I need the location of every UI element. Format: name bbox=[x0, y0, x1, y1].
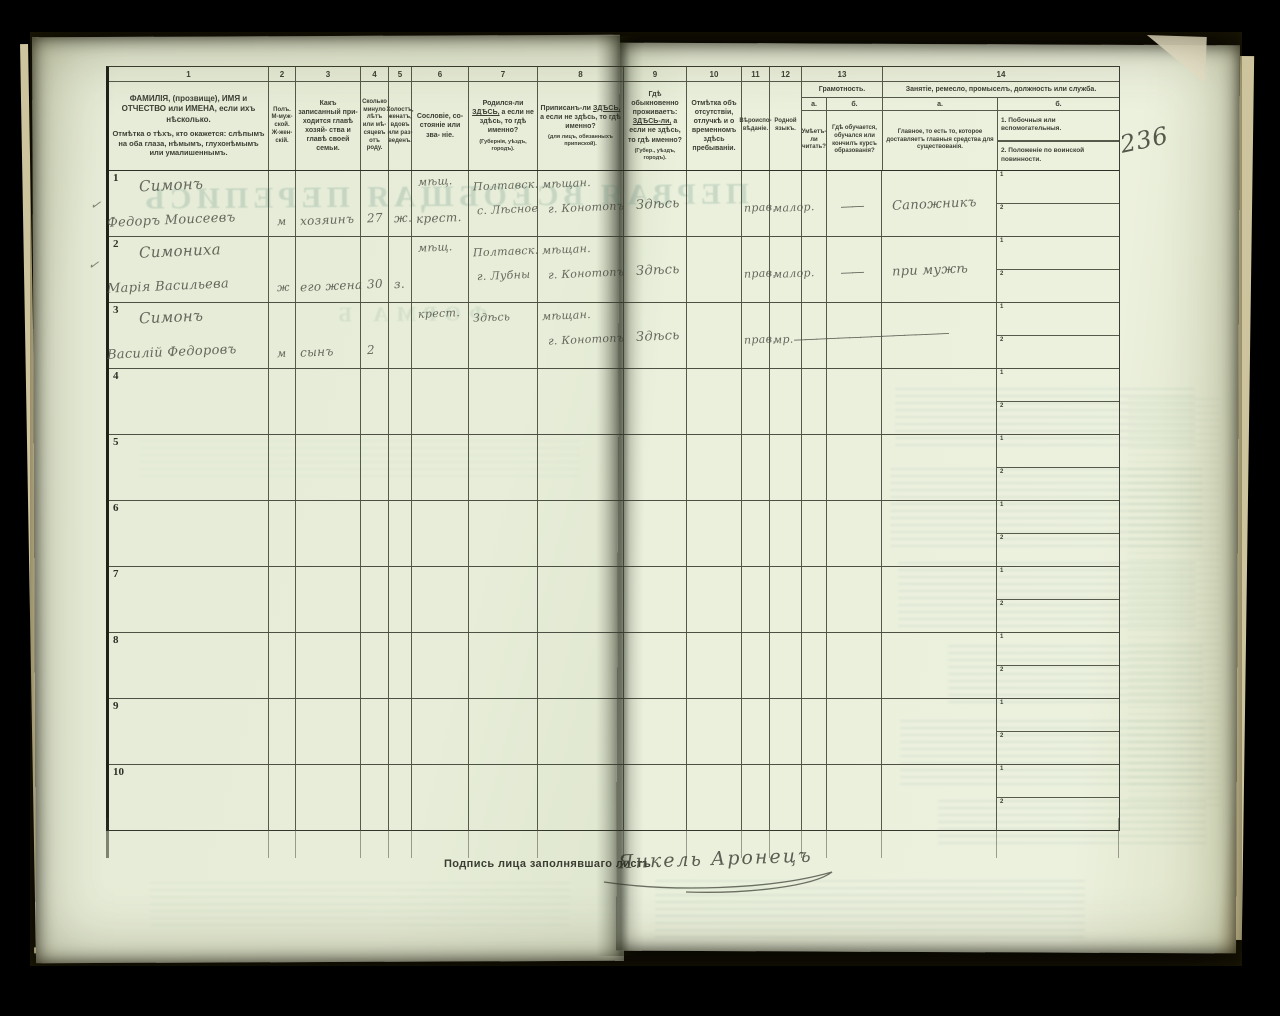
cell-estate bbox=[412, 501, 469, 566]
sub-row-number: 1 bbox=[1000, 436, 1003, 442]
hw-registration-1: мѣщан. bbox=[542, 242, 591, 257]
cell-estate: крест. bbox=[412, 303, 469, 368]
cell-residence bbox=[624, 435, 687, 500]
col-number: 12 bbox=[770, 67, 802, 81]
cell-registration bbox=[538, 369, 624, 434]
col-number: 6 bbox=[412, 67, 469, 81]
cell-religion: прав. bbox=[742, 237, 770, 302]
cell-residence bbox=[624, 633, 687, 698]
header-birthplace-column: Родился-ли ЗДѢСЬ, а если не здѣсь, то гд… bbox=[469, 82, 538, 170]
row-number: 8 bbox=[113, 634, 119, 646]
cell-registration: мѣщан. г. Конотопъ bbox=[538, 303, 624, 368]
hw-given-name: Федоръ Моисеевъ bbox=[107, 210, 236, 231]
cell-language bbox=[770, 501, 802, 566]
occupation-group-title: Занятіе, ремесло, промыселъ, должность и… bbox=[883, 82, 1119, 98]
hw-estate-1: мѣщ. bbox=[418, 240, 453, 254]
table-row: 6 bbox=[109, 501, 1119, 567]
sub-row-number: 2 bbox=[1000, 667, 1003, 673]
cell-residence bbox=[624, 567, 687, 632]
sub-row-number: 1 bbox=[1000, 766, 1003, 772]
sub-row-number: 2 bbox=[1000, 271, 1003, 277]
cell-name: 4 bbox=[109, 369, 269, 434]
col-number: 4 bbox=[361, 67, 389, 81]
header-religion-column: Вѣроиспо- вѣданіе. bbox=[742, 82, 770, 170]
cell-registration bbox=[538, 501, 624, 566]
side-occupation-sub-2: 2 bbox=[997, 270, 1119, 302]
cell-birthplace: Здѣсь bbox=[469, 303, 538, 368]
row-number: 2 bbox=[113, 238, 119, 250]
sub-row-number: 1 bbox=[1000, 568, 1003, 574]
col-number: 9 bbox=[624, 67, 687, 81]
hw-registration-1: мѣщан. bbox=[542, 308, 591, 323]
cell-side-occupation: 1 2 bbox=[997, 501, 1119, 566]
cell-residence bbox=[624, 369, 687, 434]
cell-relation: его жена bbox=[296, 237, 361, 302]
cell-language bbox=[770, 369, 802, 434]
cell-relation bbox=[296, 501, 361, 566]
cell-language: малор. bbox=[770, 237, 802, 302]
cell-main-occupation bbox=[882, 633, 997, 698]
hw-surname: Симонъ bbox=[139, 175, 204, 196]
row-number: 10 bbox=[113, 766, 124, 778]
hw-given-name: Марія Васильева bbox=[107, 276, 230, 296]
hw-residence: Здѣсь bbox=[636, 262, 680, 279]
row-number: 9 bbox=[113, 700, 119, 712]
cell-sex: м bbox=[269, 171, 296, 236]
cell-birthplace: Полтавск. с. Лѣсное bbox=[469, 171, 538, 236]
hw-sex: м bbox=[277, 215, 287, 228]
cell-relation: сынъ bbox=[296, 303, 361, 368]
row-number: 7 bbox=[113, 568, 119, 580]
header-row: ФАМИЛІЯ, (прозвище), ИМЯ и ОТЧЕСТВО или … bbox=[109, 82, 1119, 171]
header-side-occupation-2: 2. Положеніе по воинской повинности. bbox=[998, 141, 1119, 171]
cell-age bbox=[361, 633, 389, 698]
cell-where-educated: ―― bbox=[827, 171, 882, 236]
cell-can-read bbox=[802, 369, 827, 434]
cell-absence bbox=[687, 303, 742, 368]
cell-can-read bbox=[802, 435, 827, 500]
table-row: 4 bbox=[109, 369, 1119, 435]
occupation-b-letter: б. bbox=[998, 98, 1119, 110]
cell-name: 1 Симонъ Федоръ Моисеевъ bbox=[109, 171, 269, 236]
table-row: 1 Симонъ Федоръ Моисеевъ м хозяинъ 27 ж.… bbox=[109, 171, 1119, 237]
hw-where-educated: ―― bbox=[841, 199, 864, 214]
hw-marital: з. bbox=[394, 277, 406, 291]
cell-estate: мѣщ. крест. bbox=[412, 171, 469, 236]
cell-side-occupation: 1 2 bbox=[997, 303, 1119, 368]
cell-sex bbox=[269, 633, 296, 698]
cell-birthplace bbox=[469, 633, 538, 698]
table-row: 7 bbox=[109, 567, 1119, 633]
header-literacy-group: Грамотность. а. б. Умѣетъ- ли читать? Гд… bbox=[802, 82, 883, 170]
row-number: 3 bbox=[113, 304, 119, 316]
cell-side-occupation: 1 2 bbox=[997, 237, 1119, 302]
cell-sex bbox=[269, 369, 296, 434]
cell-religion: прав. bbox=[742, 303, 770, 368]
side-occupation-sub-1: 1 bbox=[997, 633, 1119, 666]
cell-can-read bbox=[802, 237, 827, 302]
cell-age: 2 bbox=[361, 303, 389, 368]
cell-marital bbox=[389, 699, 412, 764]
cell-estate: мѣщ. bbox=[412, 237, 469, 302]
sub-row-number: 1 bbox=[1000, 370, 1003, 376]
cell-can-read bbox=[802, 633, 827, 698]
col-number: 13 bbox=[802, 67, 883, 81]
side-occupation-sub-1: 1 bbox=[997, 171, 1119, 204]
cell-language bbox=[770, 699, 802, 764]
hw-language: мр. bbox=[773, 333, 794, 347]
cell-residence: Здѣсь bbox=[624, 171, 687, 236]
margin-check-mark: ✓ bbox=[87, 257, 100, 273]
cell-language bbox=[770, 435, 802, 500]
col-number: 7 bbox=[469, 67, 538, 81]
cell-estate bbox=[412, 699, 469, 764]
sub-row-number: 2 bbox=[1000, 337, 1003, 343]
cell-name: 2 Симониха Марія Васильева bbox=[109, 237, 269, 302]
cell-estate bbox=[412, 435, 469, 500]
header-main-occupation: Главное, то есть то, которое доставляетъ… bbox=[883, 111, 998, 170]
side-occupation-sub-1: 1 bbox=[997, 765, 1119, 798]
cell-religion bbox=[742, 699, 770, 764]
cell-age bbox=[361, 501, 389, 566]
cell-marital bbox=[389, 369, 412, 434]
cell-religion bbox=[742, 369, 770, 434]
row-number: 1 bbox=[113, 172, 119, 184]
col-number: 14 bbox=[883, 67, 1119, 81]
sub-row-number: 1 bbox=[1000, 502, 1003, 508]
cell-sex: ж bbox=[269, 237, 296, 302]
hw-given-name: Василій Федоровъ bbox=[107, 342, 237, 363]
cell-birthplace bbox=[469, 369, 538, 434]
cell-main-occupation: Сапожникъ bbox=[882, 171, 997, 236]
cell-birthplace bbox=[469, 435, 538, 500]
col-number: 3 bbox=[296, 67, 361, 81]
col-number: 11 bbox=[742, 67, 770, 81]
row-number: 5 bbox=[113, 436, 119, 448]
hw-registration-2: г. Конотопъ bbox=[548, 331, 625, 347]
hw-birthplace-1: Полтавск. bbox=[473, 244, 539, 260]
sub-row-number: 2 bbox=[1000, 601, 1003, 607]
cell-can-read bbox=[802, 501, 827, 566]
hw-estate-2: крест. bbox=[416, 210, 462, 226]
cell-age: 30 bbox=[361, 237, 389, 302]
sub-row-number: 2 bbox=[1000, 799, 1003, 805]
cell-residence bbox=[624, 501, 687, 566]
margin-check-mark: ✓ bbox=[89, 197, 102, 213]
header-age-column: Сколько минуло лѣтъ или мѣ- сяцевъ отъ р… bbox=[361, 82, 389, 170]
cell-absence bbox=[687, 633, 742, 698]
cell-main-occupation: при мужѣ bbox=[882, 237, 997, 302]
cell-name: 5 bbox=[109, 435, 269, 500]
cell-can-read: ―――――――――――――― bbox=[802, 303, 827, 368]
cell-side-occupation: 1 2 bbox=[997, 633, 1119, 698]
signature-flourish bbox=[600, 848, 840, 894]
hw-surname: Симонъ bbox=[139, 307, 204, 328]
cell-main-occupation bbox=[882, 567, 997, 632]
side-occupation-sub-2: 2 bbox=[997, 732, 1119, 764]
cell-estate bbox=[412, 567, 469, 632]
hw-main-occupation: при мужѣ bbox=[892, 261, 969, 279]
hw-sex: ж bbox=[277, 281, 290, 295]
side-occupation-sub-2: 2 bbox=[997, 336, 1119, 368]
cell-marital bbox=[389, 633, 412, 698]
header-absence-column: Отмѣтка объ отсутствіи, отлучкѣ и о врем… bbox=[687, 82, 742, 170]
cell-birthplace: Полтавск. г. Лубны bbox=[469, 237, 538, 302]
cell-side-occupation: 1 2 bbox=[997, 699, 1119, 764]
cell-can-read bbox=[802, 567, 827, 632]
hw-birthplace-2: с. Лѣсное bbox=[477, 202, 539, 218]
cell-registration bbox=[538, 699, 624, 764]
table-row: 8 bbox=[109, 633, 1119, 699]
hw-estate-1: мѣщ. bbox=[418, 174, 453, 188]
header-can-read: Умѣетъ- ли читать? bbox=[802, 111, 827, 170]
header-occupation-group: Занятіе, ремесло, промыселъ, должность и… bbox=[883, 82, 1119, 170]
cell-absence bbox=[687, 237, 742, 302]
cell-religion: прав. bbox=[742, 171, 770, 236]
side-occupation-sub-1: 1 bbox=[997, 303, 1119, 336]
cell-main-occupation bbox=[882, 369, 997, 434]
side-occupation-sub-1: 1 bbox=[997, 237, 1119, 270]
hw-estate-1: крест. bbox=[418, 306, 461, 321]
cell-age bbox=[361, 699, 389, 764]
hw-relation: хозяинъ bbox=[300, 212, 355, 228]
cell-relation bbox=[296, 699, 361, 764]
hw-residence: Здѣсь bbox=[636, 328, 680, 345]
cell-language bbox=[770, 567, 802, 632]
header-name-column: ФАМИЛІЯ, (прозвище), ИМЯ и ОТЧЕСТВО или … bbox=[109, 82, 269, 170]
cell-relation bbox=[296, 369, 361, 434]
header-side-occupation: 1. Побочныя или вспомогательныя. 2. Поло… bbox=[998, 111, 1119, 170]
sub-row-number: 2 bbox=[1000, 469, 1003, 475]
header-sex-column: Полъ. М-муж- ской. Ж-жен- скій. bbox=[269, 82, 296, 170]
side-occupation-sub-1: 1 bbox=[997, 369, 1119, 402]
cell-age bbox=[361, 369, 389, 434]
cell-age: 27 bbox=[361, 171, 389, 236]
side-occupation-sub-2: 2 bbox=[997, 600, 1119, 632]
header-marital-column: Холостъ, женатъ, вдовъ или раз- веденъ. bbox=[389, 82, 412, 170]
cell-marital: ж. bbox=[389, 171, 412, 236]
literacy-b-letter: б. bbox=[827, 98, 882, 110]
cell-name: 9 bbox=[109, 699, 269, 764]
cell-marital: з. bbox=[389, 237, 412, 302]
cell-relation bbox=[296, 567, 361, 632]
cell-name: 7 bbox=[109, 567, 269, 632]
sub-row-number: 2 bbox=[1000, 403, 1003, 409]
sub-row-number: 1 bbox=[1000, 304, 1003, 310]
cell-side-occupation: 1 2 bbox=[997, 171, 1119, 236]
cell-absence bbox=[687, 501, 742, 566]
cell-marital bbox=[389, 435, 412, 500]
sub-row-number: 1 bbox=[1000, 238, 1003, 244]
hw-birthplace-1: Полтавск. bbox=[473, 178, 539, 194]
cell-sex bbox=[269, 435, 296, 500]
header-residence-column: Гдѣ обыкновенно проживаетъ: ЗДѢСЬ-ли, а … bbox=[624, 82, 687, 170]
cell-birthplace bbox=[469, 699, 538, 764]
cell-can-read bbox=[802, 171, 827, 236]
header-name-note: Отмѣтка о тѣхъ, кто окажется: слѣпымъ на… bbox=[111, 129, 266, 158]
hw-registration-2: г. Конотопъ bbox=[548, 199, 625, 215]
cell-religion bbox=[742, 567, 770, 632]
cell-sex bbox=[269, 699, 296, 764]
cell-side-occupation: 1 2 bbox=[997, 567, 1119, 632]
header-where-educated: Гдѣ обучается, обучался или кончилъ курс… bbox=[827, 111, 882, 170]
header-registration-column: Приписанъ-ли ЗДѢСЬ, а если не здѣсь, то … bbox=[538, 82, 624, 170]
header-estate-column: Сословіе, со- стояніе или зва- ніе. bbox=[412, 82, 469, 170]
cell-registration bbox=[538, 633, 624, 698]
sub-row-number: 2 bbox=[1000, 205, 1003, 211]
cell-age bbox=[361, 567, 389, 632]
cell-relation: хозяинъ bbox=[296, 171, 361, 236]
hw-relation: его жена bbox=[300, 278, 363, 295]
header-language-column: Родной языкъ. bbox=[770, 82, 802, 170]
sub-row-number: 2 bbox=[1000, 535, 1003, 541]
cell-registration: мѣщан. г. Конотопъ bbox=[538, 171, 624, 236]
side-occupation-sub-1: 1 bbox=[997, 501, 1119, 534]
side-occupation-sub-2: 2 bbox=[997, 666, 1119, 698]
cell-main-occupation bbox=[882, 435, 997, 500]
hw-birthplace-1: Здѣсь bbox=[473, 310, 511, 325]
cell-where-educated bbox=[827, 501, 882, 566]
cell-residence: Здѣсь bbox=[624, 237, 687, 302]
table-body: 1 Симонъ Федоръ Моисеевъ м хозяинъ 27 ж.… bbox=[109, 171, 1119, 830]
sub-row-number: 1 bbox=[1000, 700, 1003, 706]
header-name-title: ФАМИЛІЯ, (прозвище), ИМЯ и ОТЧЕСТВО или … bbox=[111, 94, 266, 125]
hw-age: 30 bbox=[367, 277, 383, 292]
cell-religion bbox=[742, 435, 770, 500]
cell-absence bbox=[687, 369, 742, 434]
header-side-occupation-1: 1. Побочныя или вспомогательныя. bbox=[998, 111, 1119, 141]
cell-age bbox=[361, 435, 389, 500]
side-occupation-sub-2: 2 bbox=[997, 534, 1119, 566]
col-number: 1 bbox=[109, 67, 269, 81]
sub-row-number: 2 bbox=[1000, 733, 1003, 739]
cell-language: малор. bbox=[770, 171, 802, 236]
col-number: 5 bbox=[389, 67, 412, 81]
hw-age: 2 bbox=[367, 343, 376, 357]
table-row: 5 bbox=[109, 435, 1119, 501]
cell-main-occupation bbox=[882, 501, 997, 566]
cell-estate bbox=[412, 633, 469, 698]
table-row: 3 Симонъ Василій Федоровъ м сынъ 2 крест… bbox=[109, 303, 1119, 369]
hw-marital: ж. bbox=[394, 211, 413, 226]
hw-registration-1: мѣщан. bbox=[542, 176, 591, 191]
header-relation-column: Какъ записанный при- ходится главѣ хозяй… bbox=[296, 82, 361, 170]
cell-relation bbox=[296, 633, 361, 698]
occupation-a-letter: а. bbox=[883, 98, 998, 110]
cell-main-occupation bbox=[882, 303, 997, 368]
table-row: 9 bbox=[109, 699, 1119, 765]
cell-religion bbox=[742, 633, 770, 698]
cell-estate bbox=[412, 369, 469, 434]
hw-sex: м bbox=[277, 347, 287, 360]
cell-where-educated bbox=[827, 633, 882, 698]
cell-where-educated bbox=[827, 699, 882, 764]
hw-main-occupation: Сапожникъ bbox=[892, 195, 977, 214]
cell-sex bbox=[269, 501, 296, 566]
side-occupation-sub-1: 1 bbox=[997, 435, 1119, 468]
cell-birthplace bbox=[469, 501, 538, 566]
cell-main-occupation bbox=[882, 699, 997, 764]
book-scan: ПЕРВАЯ ВСЕОБЩАЯ ПЕРЕПИСЬ ФОРМА Б 236 ✓ ✓… bbox=[0, 0, 1280, 1016]
side-occupation-sub-2: 2 bbox=[997, 468, 1119, 500]
cell-marital bbox=[389, 567, 412, 632]
cell-sex: м bbox=[269, 303, 296, 368]
table-row: 2 Симониха Марія Васильева ж его жена 30… bbox=[109, 237, 1119, 303]
cell-marital bbox=[389, 501, 412, 566]
cell-registration: мѣщан. г. Конотопъ bbox=[538, 237, 624, 302]
cell-birthplace bbox=[469, 567, 538, 632]
hw-relation: сынъ bbox=[300, 344, 334, 359]
cell-where-educated bbox=[827, 435, 882, 500]
cell-registration bbox=[538, 567, 624, 632]
side-occupation-sub-2: 2 bbox=[997, 204, 1119, 236]
cell-absence bbox=[687, 171, 742, 236]
cell-can-read bbox=[802, 699, 827, 764]
cell-where-educated bbox=[827, 303, 882, 368]
hw-registration-2: г. Конотопъ bbox=[548, 265, 625, 281]
side-occupation-sub-1: 1 bbox=[997, 699, 1119, 732]
col-number: 10 bbox=[687, 67, 742, 81]
cell-where-educated bbox=[827, 369, 882, 434]
hw-birthplace-2: г. Лубны bbox=[477, 268, 531, 283]
cell-side-occupation: 1 2 bbox=[997, 369, 1119, 434]
cell-name: 3 Симонъ Василій Федоровъ bbox=[109, 303, 269, 368]
census-table: 1 2 3 4 5 6 7 8 9 10 11 12 13 14 ФАМИЛІЯ… bbox=[106, 66, 1120, 831]
sub-row-number: 1 bbox=[1000, 172, 1003, 178]
cell-absence bbox=[687, 567, 742, 632]
hw-age: 27 bbox=[367, 211, 383, 226]
cell-marital bbox=[389, 303, 412, 368]
cell-where-educated bbox=[827, 567, 882, 632]
cell-residence: Здѣсь bbox=[624, 303, 687, 368]
cell-registration bbox=[538, 435, 624, 500]
cell-religion bbox=[742, 501, 770, 566]
row-number: 4 bbox=[113, 370, 119, 382]
side-occupation-sub-1: 1 bbox=[997, 567, 1119, 600]
col-number: 2 bbox=[269, 67, 296, 81]
sub-row-number: 1 bbox=[1000, 634, 1003, 640]
hw-residence: Здѣсь bbox=[636, 196, 680, 213]
cell-residence bbox=[624, 699, 687, 764]
side-occupation-sub-2: 2 bbox=[997, 402, 1119, 434]
cell-where-educated: ―― bbox=[827, 237, 882, 302]
row-number: 6 bbox=[113, 502, 119, 514]
cell-name: 8 bbox=[109, 633, 269, 698]
cell-relation bbox=[296, 435, 361, 500]
cell-absence bbox=[687, 699, 742, 764]
page-corner-curl bbox=[1145, 35, 1207, 83]
cell-sex bbox=[269, 567, 296, 632]
literacy-a-letter: а. bbox=[802, 98, 827, 110]
cell-absence bbox=[687, 435, 742, 500]
cell-language bbox=[770, 633, 802, 698]
hw-surname: Симониха bbox=[139, 240, 222, 262]
col-number: 8 bbox=[538, 67, 624, 81]
literacy-group-title: Грамотность. bbox=[802, 82, 882, 98]
hw-where-educated: ―― bbox=[841, 265, 864, 280]
column-number-row: 1 2 3 4 5 6 7 8 9 10 11 12 13 14 bbox=[109, 67, 1119, 82]
cell-name: 6 bbox=[109, 501, 269, 566]
cell-side-occupation: 1 2 bbox=[997, 435, 1119, 500]
